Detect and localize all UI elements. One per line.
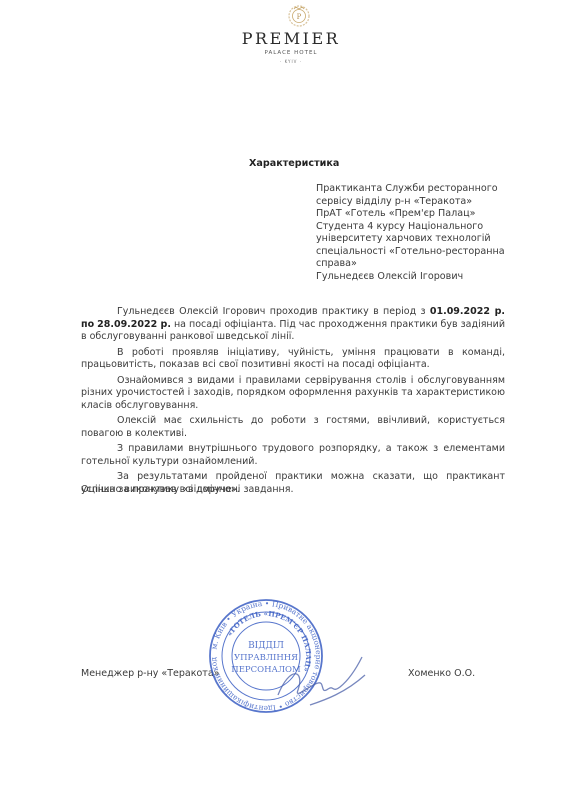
brand-subtitle: PALACE HOTEL xyxy=(0,50,582,56)
addressee-line: Студента 4 курсу Національного xyxy=(316,221,505,234)
grade-line: Оцінка за практику «відмінно». xyxy=(81,484,240,495)
brand-city: · KYIV · xyxy=(0,59,582,64)
handwritten-signature-icon xyxy=(270,645,370,715)
addressee-line: спеціальності «Готельно-ресторанна xyxy=(316,246,505,259)
addressee-line: Гульнедєєв Олексій Ігорович xyxy=(316,271,505,284)
document-title: Характеристика xyxy=(249,158,339,169)
date-to: 28.09.2022 р. xyxy=(97,319,171,330)
addressee-line: Практиканта Служби ресторанного xyxy=(316,183,505,196)
addressee-line: університету харчових технологій xyxy=(316,233,505,246)
signatory-name: Хоменко О.О. xyxy=(408,668,475,679)
paragraph-initiative: В роботі проявляв ініціативу, чуйність, … xyxy=(81,347,505,372)
svg-text:P: P xyxy=(297,13,302,21)
addressee-line: ПрАТ «Готель «Прем'єр Палац» xyxy=(316,208,505,221)
addressee-block: Практиканта Служби ресторанного сервісу … xyxy=(316,183,505,283)
document-body: Гульнедєєв Олексій Ігорович проходив пра… xyxy=(81,306,505,499)
paragraph-serving: Ознайомився з видами і правилами сервіру… xyxy=(81,375,505,413)
paragraph-internship-period: Гульнедєєв Олексій Ігорович проходив пра… xyxy=(81,306,505,344)
addressee-line: сервісу відділу р-н «Теракота» xyxy=(316,196,505,209)
signatory-position: Менеджер р-ну «Теракота» xyxy=(81,668,219,679)
paragraph-guests: Олексій має схильність до роботи з гостя… xyxy=(81,415,505,440)
brand-name: PREMIER xyxy=(0,29,582,48)
crown-crest-icon: P xyxy=(287,4,311,28)
paragraph-rules: З правилами внутрішнього трудового розпо… xyxy=(81,443,505,468)
addressee-line: справа» xyxy=(316,258,505,271)
